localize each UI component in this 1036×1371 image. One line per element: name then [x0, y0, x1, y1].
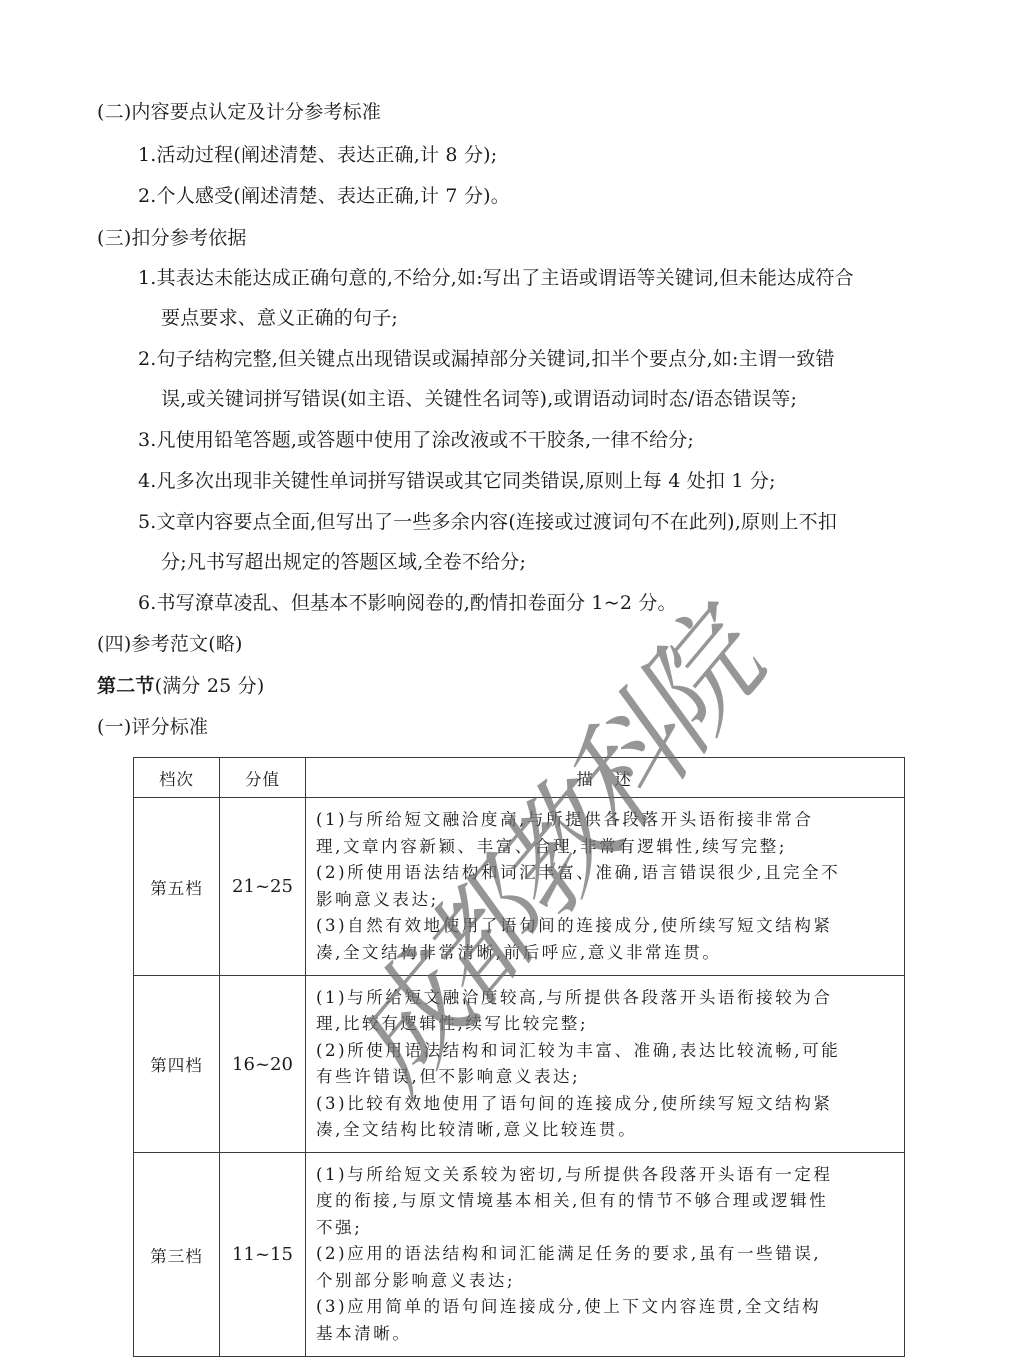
deduction-item-1: 1.其表达未能达成正确句意的,不给分,如:写出了主语或谓语等关键词,但未能达成符… [138, 266, 854, 290]
description-line: (2)所使用语法结构和词汇较为丰富、准确,表达比较流畅,可能 [316, 1038, 896, 1065]
description-line: 个别部分影响意义表达; [316, 1268, 896, 1295]
table-row: 第五档 21~25 (1)与所给短文融洽度高,与所提供各段落开头语衔接非常合 理… [134, 798, 905, 976]
score-cell: 11~15 [220, 1153, 306, 1357]
description-cell: (1)与所给短文融洽度高,与所提供各段落开头语衔接非常合 理,文章内容新颖、丰富… [306, 798, 905, 976]
table-row: 第三档 11~15 (1)与所给短文关系较为密切,与所提供各段落开头语有一定程 … [134, 1153, 905, 1357]
deduction-item-5: 5.文章内容要点全面,但写出了一些多余内容(连接或过渡词句不在此列),原则上不扣 [138, 510, 837, 534]
part2-title: 第二节(满分 25 分) [97, 674, 265, 698]
description-line: (1)与所给短文关系较为密切,与所提供各段落开头语有一定程 [316, 1162, 896, 1189]
deduction-item-6: 6.书写潦草凌乱、但基本不影响阅卷的,酌情扣卷面分 1~2 分。 [138, 591, 677, 615]
part2-title-score: (满分 25 分) [155, 675, 265, 697]
level-cell: 第五档 [134, 798, 220, 976]
level-cell: 第三档 [134, 1153, 220, 1357]
content-point-item-1: 1.活动过程(阐述清楚、表达正确,计 8 分); [138, 143, 497, 167]
header-score: 分值 [220, 758, 306, 798]
deduction-item-2: 2.句子结构完整,但关键点出现错误或漏掉部分关键词,扣半个要点分,如:主谓一致错 [138, 347, 835, 371]
description-line: 理,比较有逻辑性,续写比较完整; [316, 1011, 896, 1038]
section-heading-sample-essay: (四)参考范文(略) [97, 632, 243, 656]
grading-table: 档次 分值 描 述 第五档 21~25 (1)与所给短文融洽度高,与所提供各段落… [133, 757, 905, 1357]
description-line: 基本清晰。 [316, 1321, 896, 1348]
description-line: (2)应用的语法结构和词汇能满足任务的要求,虽有一些错误, [316, 1241, 896, 1268]
deduction-item-1-cont: 要点要求、意义正确的句子; [161, 306, 398, 330]
header-level: 档次 [134, 758, 220, 798]
description-line: (1)与所给短文融洽度较高,与所提供各段落开头语衔接较为合 [316, 985, 896, 1012]
header-description: 描 述 [306, 758, 905, 798]
part2-title-bold: 第二节 [97, 675, 155, 697]
score-cell: 21~25 [220, 798, 306, 976]
description-cell: (1)与所给短文融洽度较高,与所提供各段落开头语衔接较为合 理,比较有逻辑性,续… [306, 976, 905, 1153]
deduction-item-4: 4.凡多次出现非关键性单词拼写错误或其它同类错误,原则上每 4 处扣 1 分; [138, 469, 776, 493]
deduction-item-5-cont: 分;凡书写超出规定的答题区域,全卷不给分; [161, 550, 526, 574]
description-line: 凑,全文结构比较清晰,意义比较连贯。 [316, 1117, 896, 1144]
content-point-item-2: 2.个人感受(阐述清楚、表达正确,计 7 分)。 [138, 184, 510, 208]
description-line: 理,文章内容新颖、丰富、合理,非常有逻辑性,续写完整; [316, 834, 896, 861]
description-line: 凑,全文结构非常清晰,前后呼应,意义非常连贯。 [316, 940, 896, 967]
description-cell: (1)与所给短文关系较为密切,与所提供各段落开头语有一定程 度的衔接,与原文情境… [306, 1153, 905, 1357]
description-line: 度的衔接,与原文情境基本相关,但有的情节不够合理或逻辑性 [316, 1188, 896, 1215]
description-line: 影响意义表达; [316, 887, 896, 914]
description-line: 不强; [316, 1215, 896, 1242]
score-cell: 16~20 [220, 976, 306, 1153]
section-heading-grading-criteria: (一)评分标准 [97, 715, 208, 739]
description-line: (3)自然有效地使用了语句间的连接成分,使所续写短文结构紧 [316, 913, 896, 940]
description-line: (3)应用简单的语句间连接成分,使上下文内容连贯,全文结构 [316, 1294, 896, 1321]
section-heading-deduction-basis: (三)扣分参考依据 [97, 226, 247, 250]
description-line: (1)与所给短文融洽度高,与所提供各段落开头语衔接非常合 [316, 807, 896, 834]
section-heading-content-points: (二)内容要点认定及计分参考标准 [97, 100, 381, 124]
deduction-item-3: 3.凡使用铅笔答题,或答题中使用了涂改液或不干胶条,一律不给分; [138, 428, 694, 452]
level-cell: 第四档 [134, 976, 220, 1153]
table-row: 第四档 16~20 (1)与所给短文融洽度较高,与所提供各段落开头语衔接较为合 … [134, 976, 905, 1153]
description-line: (2)所使用语法结构和词汇丰富、准确,语言错误很少,且完全不 [316, 860, 896, 887]
description-line: (3)比较有效地使用了语句间的连接成分,使所续写短文结构紧 [316, 1091, 896, 1118]
deduction-item-2-cont: 误,或关键词拼写错误(如主语、关键性名词等),或谓语动词时态/语态错误等; [161, 387, 797, 411]
grading-table-header-row: 档次 分值 描 述 [134, 758, 905, 798]
description-line: 有些许错误,但不影响意义表达; [316, 1064, 896, 1091]
